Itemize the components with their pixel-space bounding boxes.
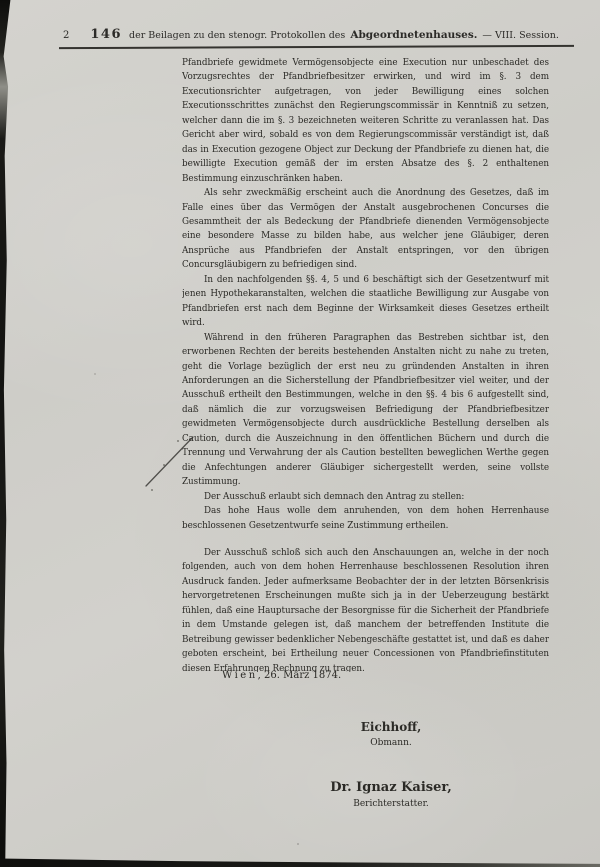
signature-name: Dr. Ignaz Kaiser, (261, 780, 521, 795)
document-body: Pfandbriefe gewidmete Vermögensobjecte e… (182, 56, 549, 672)
header-house-name: Abgeordnetenhauses. (350, 29, 477, 41)
paragraph: Der Ausschuß schloß sich auch den Anscha… (182, 546, 549, 672)
signature-block: Dr. Ignaz Kaiser, Berichterstatter. (261, 780, 521, 809)
diagonal-pencil-mark-icon (140, 430, 200, 495)
scan-speck (94, 373, 96, 375)
signature-block: Eichhoff, Obmann. (261, 720, 521, 748)
header-divider-rule (59, 45, 574, 49)
paragraph: Pfandbriefe gewidmete Vermögensobjecte e… (182, 56, 549, 186)
header-session: — VIII. Session. (482, 30, 558, 41)
page-header: 2 146 der Beilagen zu den stenogr. Proto… (63, 27, 574, 42)
signature-name: Eichhoff, (261, 720, 521, 734)
scan-speck (163, 464, 165, 466)
scan-speck (177, 440, 179, 442)
page-number: 2 (63, 30, 69, 41)
scan-speck (297, 843, 299, 845)
paragraph-motion: Das hohe Haus wolle dem anruhenden, von … (182, 504, 549, 533)
document-page: 2 146 der Beilagen zu den stenogr. Proto… (0, 0, 600, 867)
dateline: Wien, 26. März 1874. (222, 670, 341, 681)
paragraph: Der Ausschuß erlaubt sich demnach den An… (182, 490, 549, 504)
document-number: 146 (90, 27, 122, 42)
signature-role: Berichterstatter. (261, 799, 521, 809)
scan-gutter-shadow (0, 0, 13, 867)
scan-bottom-shadow (0, 858, 600, 867)
scan-speck (151, 489, 153, 491)
paragraph: Während in den früheren Paragraphen das … (182, 331, 549, 490)
dateline-date: , 26. März 1874. (258, 670, 342, 681)
paragraph: In den nachfolgenden §§. 4, 5 und 6 besc… (182, 273, 549, 331)
header-title-text: der Beilagen zu den stenogr. Protokollen… (129, 30, 345, 41)
signature-role: Obmann. (261, 738, 521, 748)
dateline-city: Wien (222, 670, 258, 681)
paragraph: Als sehr zweckmäßig erscheint auch die A… (182, 186, 549, 273)
